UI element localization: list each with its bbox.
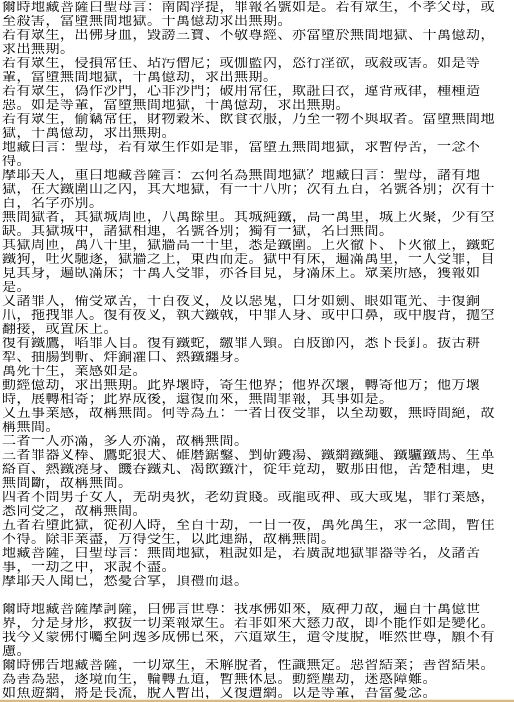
text-line: 爪，拖拽罪人。復有夜叉，執大鐵戟，中罪人身、或中口鼻，或中腹背，拋空: [2, 309, 514, 323]
text-line: 爾時地藏菩薩白聖母言：南閻浮提，罪報名號如是。若有眾生，不孝父母，或: [2, 1, 514, 15]
text-line: 萬死千生，業感如是。: [2, 365, 514, 379]
text-line: 稱無間。: [2, 421, 514, 435]
text-line: 鐵狗，吐火馳逐，獄牆之上，東西而走。獄中有床，遍滿萬里，一人受罪，自: [2, 253, 514, 267]
text-line: 事，一劫之中，求說不盡。: [2, 561, 514, 575]
text-line: 輩，當墮無間地獄，千萬億劫，求出無期。: [2, 71, 514, 85]
text-line: 界，分是身形，救拔一切業報眾生。若非如來大慈力故，即不能作如是變化。: [2, 617, 514, 631]
text-line: 若有眾生，偽作沙門，心非沙門；破用常住，欺誑白衣，違背戒律，種種造: [2, 85, 514, 99]
text-line: 絡首、熱鐵澆身、饑吞鐵丸、渴飲鐵汁，從年竟劫，數那由他，苦楚相連，更: [2, 463, 514, 477]
sutra-text: 爾時地藏菩薩白聖母言：南閻浮提，罪報名號如是。若有眾生，不孝父母，或至殺害，當墮…: [2, 1, 514, 701]
text-line: 百，名字亦別。: [2, 197, 514, 211]
text-line: 無間獄者，其獄城周匝，八萬餘里。其城純鐵，高一萬里，城上火聚，少有空: [2, 211, 514, 225]
text-line: 摩耶夫人聞已，愁憂合掌，頂禮而退。: [2, 575, 514, 589]
text-line: 翻接，或置床上。: [2, 323, 514, 337]
text-line: 慮。: [2, 645, 514, 659]
text-line: 獄，在大鐵圍山之內，其大地獄，有一十八所；次有五百，名號各別；次有千: [2, 183, 514, 197]
text-line: 爾時佛告地藏菩薩，一切眾生，未解脫者，性識無定。惡習結業；善習結果。: [2, 659, 514, 673]
text-line: 求出無期。: [2, 43, 514, 57]
text-line: 獄，千萬億劫，求出無期。: [2, 127, 514, 141]
text-line: 三者罪器叉棒、鷹蛇狼犬、碓磨鋸鑿、剉斫鑊湯、鐵網鐵繩、鐵驢鐵馬、生革: [2, 449, 514, 463]
text-line: 我今又蒙佛付囑至阿逸多成佛已來，六道眾生，遣令度脫，唯然世尊，願不有: [2, 631, 514, 645]
text-line: 又諸罪人，備受眾苦，千百夜叉，及以惡鬼，口牙如劍、眼如電光、手復銅: [2, 295, 514, 309]
text-line: 復有鐵鷹，啗罪人目。復有鐵蛇，繳罪人頸。百肢節內，悉下長釘。拔舌耕: [2, 337, 514, 351]
text-line: 無間斷，故稱無間。: [2, 477, 514, 491]
text-line: 若有眾生，出佛身血，毀謗三寶、不敬尊經、亦當墮於無間地獄、千萬億劫，: [2, 29, 514, 43]
text-line: 是。: [2, 281, 514, 295]
text-line: 若有眾生，偷竊常住，財物穀米、飲食衣服，乃至一物不與取者。當墮無間地: [2, 113, 514, 127]
text-line: 地藏白言：聖母，若有眾生作如是罪，當墮五無間地獄，求暫停苦，一念不: [2, 141, 514, 155]
text-line: 又五事業感，故稱無間。何等為五：一者日夜受罪，以至劫數，無時間絕，故: [2, 407, 514, 421]
text-line: 得。: [2, 155, 514, 169]
text-line: 悉同受之，故稱無間。: [2, 505, 514, 519]
text-line: 其獄周匝，萬八千里，獄牆高一千里，悉是鐵圍。上火徹下、下火徹上，鐵蛇: [2, 239, 514, 253]
text-line: 摩耶夫人，重白地藏菩薩言：云何名為無間地獄？地藏白言：聖母，諸有地: [2, 169, 514, 183]
text-line: 地藏菩薩，白聖母言：無間地獄，粗說如是，若廣說地獄罪器等名，及諸苦: [2, 547, 514, 561]
document-page: 爾時地藏菩薩白聖母言：南閻浮提，罪報名號如是。若有眾生，不孝父母，或至殺害，當墮…: [0, 0, 514, 702]
text-line: 若有眾生，侵損常住、玷污僧尼；或伽藍內，恣行淫欲，或殺或害。如是等: [2, 57, 514, 71]
text-line: 為善為惡，逐境而生，輪轉五道，暫無休息。動經塵劫，迷惑障難。: [2, 673, 514, 687]
text-line: 二者一人亦滿，多人亦滿，故稱無間。: [2, 435, 514, 449]
text-line: 五者若墮此獄，從初入時，至百千劫，一日一夜，萬死萬生，求一念間，暫住: [2, 519, 514, 533]
text-line: 動經億劫，求出無期。此界壞時，寄生他界；他界次壞，轉寄他方；他方壞: [2, 379, 514, 393]
text-line: 見其身，遍臥滿床；千萬人受罪，亦各自見，身滿床上。眾業所感，獲報如: [2, 267, 514, 281]
text-line: 不得。除非業盡，方得受生，以此連綿，故稱無間。: [2, 533, 514, 547]
text-line: 時，展轉相寄；此界成後，還復而來，無間罪報，其事如是。: [2, 393, 514, 407]
text-line: 爾時地藏菩薩摩訶薩，白佛言世尊：我承佛如來，威神力故，遍百千萬億世: [2, 603, 514, 617]
text-line: 至殺害，當墮無間地獄。千萬億劫求出無期。: [2, 15, 514, 29]
text-line: 四者不問男子女人，羌胡夷狄，老幼貴賤。或龍或神、或天或鬼，罪行業感，: [2, 491, 514, 505]
text-line: 惡。如是等輩，當墮無間地獄，千萬億劫，求出無期。: [2, 99, 514, 113]
text-line: [2, 589, 514, 603]
text-line: 犁、抽腸剉斬、烊銅灌口、熱鐵纏身。: [2, 351, 514, 365]
text-line: 缺。其獄城中，諸獄相連，名號各別；獨有一獄，名曰無間。: [2, 225, 514, 239]
